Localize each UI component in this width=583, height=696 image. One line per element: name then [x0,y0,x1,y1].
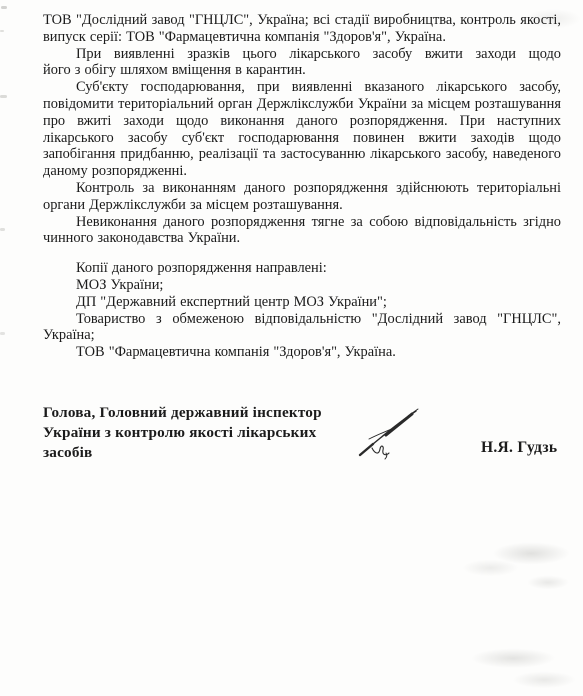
scanned-document-page: ТОВ "Дослідний завод "ГНЦЛС", Україна; в… [0,0,583,696]
document-line: випуск серії: ТОВ "Фармацевтична компані… [43,29,561,46]
signatory-name: Н.Я. Гудзь [481,439,557,457]
document-line: про вжиті заходи щодо виконання даного р… [43,113,561,130]
document-body: ТОВ "Дослідний завод "ГНЦЛС", Україна; в… [43,12,561,361]
document-line: органи Держлікслужби за місцем розташува… [43,197,561,214]
scan-noise-speck [1,6,7,9]
document-line: Контроль за виконанням даного розпорядже… [43,180,561,197]
document-line: його з обігу шляхом вміщення в карантин. [43,62,561,79]
scan-noise-speck [0,332,5,335]
scan-noise-speck [0,228,5,231]
document-line: Україна; [43,327,561,344]
document-line: Товариство з обмеженою відповідальністю … [43,311,561,328]
document-line: чинного законодавства України. [43,230,561,247]
document-line: МОЗ України; [43,277,561,294]
document-line: Копії даного розпорядження направлені: [43,260,561,277]
document-line: Невиконання даного розпорядження тягне з… [43,214,561,231]
handwritten-signature-icon [320,391,422,475]
document-line: При виявленні зразків цього лікарського … [43,46,561,63]
scan-noise-speck [0,30,4,32]
document-line: ТОВ "Фармацевтична компанія "Здоров'я", … [43,344,561,361]
document-line: лікарського засобу суб'єкт господарюванн… [43,130,561,147]
document-line: ДП "Державний експертний центр МОЗ Украї… [43,294,561,311]
document-line: даному розпорядженні. [43,163,561,180]
scan-noise-blotch [428,642,583,696]
scan-noise-blotch [452,536,580,594]
document-line: ТОВ "Дослідний завод "ГНЦЛС", Україна; в… [43,12,561,29]
document-line: повідомити територіальний орган Держлікс… [43,96,561,113]
document-line: запобігання придбанню, реалізації та зас… [43,146,561,163]
scan-noise-speck [0,95,7,98]
document-line: Суб'єкту господарювання, при виявленні в… [43,79,561,96]
